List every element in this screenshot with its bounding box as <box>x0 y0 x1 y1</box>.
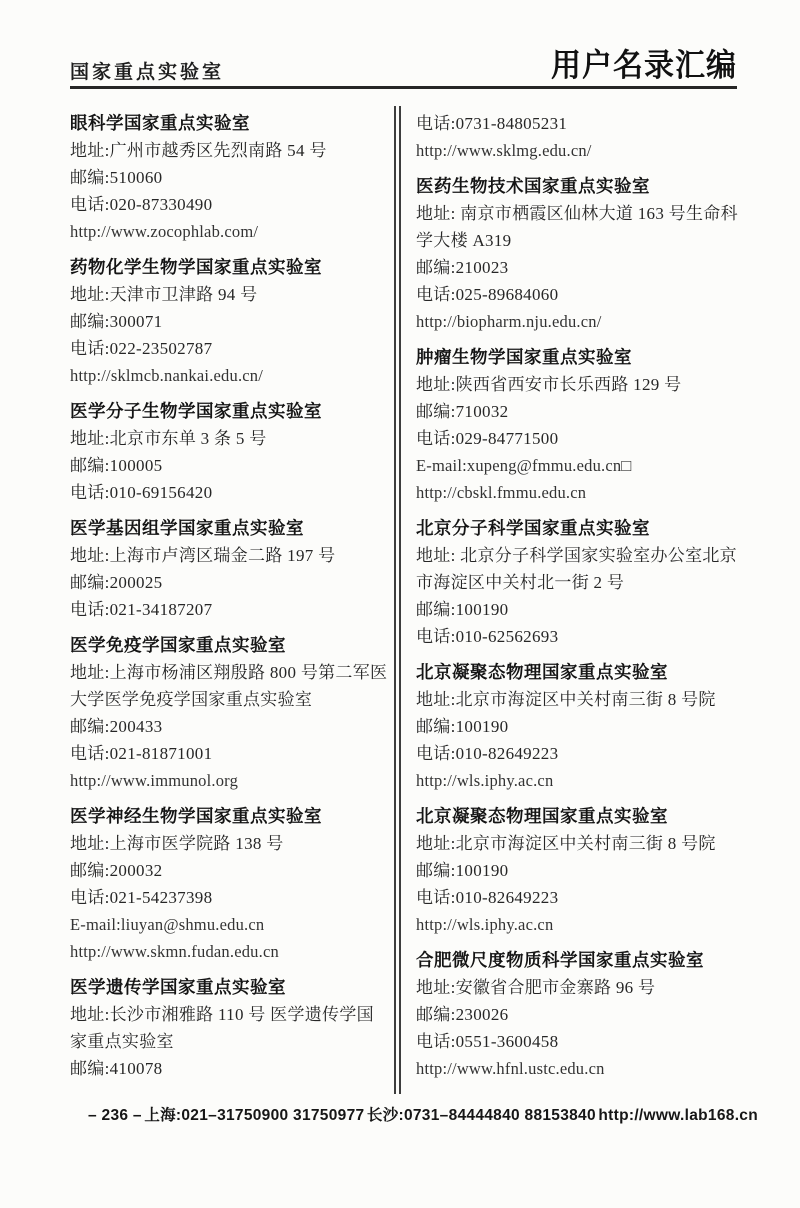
lab-url: http://cbskl.fmmu.edu.cn <box>416 479 745 506</box>
lab-url: http://www.sklmg.edu.cn/ <box>416 137 745 164</box>
lab-phone: 电话:010-82649223 <box>416 740 745 767</box>
lab-address: 地址:上海市卢湾区瑞金二路 197 号 <box>70 542 388 569</box>
lab-email: E-mail:xupeng@fmmu.edu.cn□ <box>416 452 745 479</box>
column-divider <box>394 106 401 1094</box>
lab-postcode: 邮编:100005 <box>70 452 388 479</box>
section-title: 国家重点实验室 <box>70 57 224 84</box>
lab-postcode: 邮编:200032 <box>70 857 388 884</box>
lab-address: 地址:安徽省合肥市金寨路 96 号 <box>416 974 745 1001</box>
lab-postcode: 邮编:100190 <box>416 857 745 884</box>
lab-name: 医学免疫学国家重点实验室 <box>70 632 388 659</box>
lab-phone: 电话:0731-84805231 <box>416 110 745 137</box>
right-column: 电话:0731-84805231http://www.sklmg.edu.cn/… <box>401 106 745 1094</box>
lab-address: 地址:广州市越秀区先烈南路 54 号 <box>70 137 388 164</box>
lab-entry: 肿瘤生物学国家重点实验室地址:陕西省西安市长乐西路 129 号邮编:710032… <box>416 344 745 506</box>
lab-address: 地址: 南京市栖霞区仙林大道 163 号生命科学大楼 A319 <box>416 200 745 254</box>
lab-email: E-mail:liuyan@shmu.edu.cn <box>70 911 388 938</box>
lab-name: 北京分子科学国家重点实验室 <box>416 515 745 542</box>
lab-entry: 医学神经生物学国家重点实验室地址:上海市医学院路 138 号邮编:200032电… <box>70 803 388 965</box>
lab-postcode: 邮编:300071 <box>70 308 388 335</box>
lab-url: http://wls.iphy.ac.cn <box>416 767 745 794</box>
lab-phone: 电话:020-87330490 <box>70 191 388 218</box>
publication-title: 用户名录汇编 <box>551 39 737 85</box>
lab-postcode: 邮编:510060 <box>70 164 388 191</box>
lab-entry: 北京凝聚态物理国家重点实验室地址:北京市海淀区中关村南三街 8 号院邮编:100… <box>416 659 745 794</box>
lab-address: 地址:北京市海淀区中关村南三街 8 号院 <box>416 830 745 857</box>
lab-entry: 合肥微尺度物质科学国家重点实验室地址:安徽省合肥市金寨路 96 号邮编:2300… <box>416 947 745 1082</box>
lab-address: 地址:长沙市湘雅路 110 号 医学遗传学国家重点实验室 <box>70 1001 388 1055</box>
lab-postcode: 邮编:710032 <box>416 398 745 425</box>
lab-postcode: 邮编:200433 <box>70 713 388 740</box>
lab-phone: 电话:022-23502787 <box>70 335 388 362</box>
lab-entry: 电话:0731-84805231http://www.sklmg.edu.cn/ <box>416 110 745 164</box>
lab-url: http://www.skmn.fudan.edu.cn <box>70 938 388 965</box>
lab-entry: 北京凝聚态物理国家重点实验室地址:北京市海淀区中关村南三街 8 号院邮编:100… <box>416 803 745 938</box>
lab-address: 地址:上海市杨浦区翔殷路 800 号第二军医大学医学免疫学国家重点实验室 <box>70 659 388 713</box>
lab-phone: 电话:010-82649223 <box>416 884 745 911</box>
lab-address: 地址:上海市医学院路 138 号 <box>70 830 388 857</box>
lab-url: http://www.immunol.org <box>70 767 388 794</box>
lab-name: 药物化学生物学国家重点实验室 <box>70 254 388 281</box>
lab-entry: 医学免疫学国家重点实验室地址:上海市杨浦区翔殷路 800 号第二军医大学医学免疫… <box>70 632 388 794</box>
header-divider-rule <box>70 86 737 89</box>
lab-name: 眼科学国家重点实验室 <box>70 110 388 137</box>
lab-address: 地址: 北京分子科学国家实验室办公室北京市海淀区中关村北一街 2 号 <box>416 542 745 596</box>
lab-name: 肿瘤生物学国家重点实验室 <box>416 344 745 371</box>
directory-content: 眼科学国家重点实验室地址:广州市越秀区先烈南路 54 号邮编:510060电话:… <box>70 106 745 1094</box>
lab-phone: 电话:021-54237398 <box>70 884 388 911</box>
lab-name: 医学神经生物学国家重点实验室 <box>70 803 388 830</box>
lab-address: 地址:北京市海淀区中关村南三街 8 号院 <box>416 686 745 713</box>
lab-name: 北京凝聚态物理国家重点实验室 <box>416 803 745 830</box>
lab-url: http://biopharm.nju.edu.cn/ <box>416 308 745 335</box>
lab-entry: 医药生物技术国家重点实验室地址: 南京市栖霞区仙林大道 163 号生命科学大楼 … <box>416 173 745 335</box>
lab-address: 地址:陕西省西安市长乐西路 129 号 <box>416 371 745 398</box>
lab-entry: 医学遗传学国家重点实验室地址:长沙市湘雅路 110 号 医学遗传学国家重点实验室… <box>70 974 388 1082</box>
lab-postcode: 邮编:210023 <box>416 254 745 281</box>
lab-phone: 电话:025-89684060 <box>416 281 745 308</box>
changsha-contact: 长沙:0731–84444840 88153840 <box>367 1103 596 1125</box>
lab-address: 地址:北京市东单 3 条 5 号 <box>70 425 388 452</box>
lab-postcode: 邮编:230026 <box>416 1001 745 1028</box>
lab-url: http://www.hfnl.ustc.edu.cn <box>416 1055 745 1082</box>
lab-entry: 医学基因组学国家重点实验室地址:上海市卢湾区瑞金二路 197 号邮编:20002… <box>70 515 388 623</box>
lab-entry: 医学分子生物学国家重点实验室地址:北京市东单 3 条 5 号邮编:100005电… <box>70 398 388 506</box>
directory-page: 国家重点实验室 用户名录汇编 眼科学国家重点实验室地址:广州市越秀区先烈南路 5… <box>0 0 800 1208</box>
lab-phone: 电话:010-69156420 <box>70 479 388 506</box>
lab-entry: 眼科学国家重点实验室地址:广州市越秀区先烈南路 54 号邮编:510060电话:… <box>70 110 388 245</box>
lab-address: 地址:天津市卫津路 94 号 <box>70 281 388 308</box>
page-number: – 236 – <box>88 1107 142 1125</box>
lab-name: 医学分子生物学国家重点实验室 <box>70 398 388 425</box>
shanghai-contact: 上海:021–31750900 31750977 <box>144 1103 364 1125</box>
lab-name: 医学基因组学国家重点实验室 <box>70 515 388 542</box>
lab-url: http://sklmcb.nankai.edu.cn/ <box>70 362 388 389</box>
lab-url: http://www.zocophlab.com/ <box>70 218 388 245</box>
lab-entry: 北京分子科学国家重点实验室地址: 北京分子科学国家实验室办公室北京市海淀区中关村… <box>416 515 745 650</box>
lab-name: 合肥微尺度物质科学国家重点实验室 <box>416 947 745 974</box>
footer-website: http://www.lab168.cn <box>598 1107 758 1125</box>
lab-phone: 电话:021-34187207 <box>70 596 388 623</box>
lab-postcode: 邮编:200025 <box>70 569 388 596</box>
left-column: 眼科学国家重点实验室地址:广州市越秀区先烈南路 54 号邮编:510060电话:… <box>70 106 388 1094</box>
lab-postcode: 邮编:100190 <box>416 596 745 623</box>
lab-name: 医学遗传学国家重点实验室 <box>70 974 388 1001</box>
lab-postcode: 邮编:100190 <box>416 713 745 740</box>
page-footer: – 236 – 上海:021–31750900 31750977 长沙:0731… <box>88 1103 758 1125</box>
lab-phone: 电话:021-81871001 <box>70 740 388 767</box>
page-header: 国家重点实验室 用户名录汇编 <box>70 40 737 84</box>
lab-phone: 电话:0551-3600458 <box>416 1028 745 1055</box>
lab-phone: 电话:010-62562693 <box>416 623 745 650</box>
lab-url: http://wls.iphy.ac.cn <box>416 911 745 938</box>
lab-name: 医药生物技术国家重点实验室 <box>416 173 745 200</box>
lab-entry: 药物化学生物学国家重点实验室地址:天津市卫津路 94 号邮编:300071电话:… <box>70 254 388 389</box>
lab-name: 北京凝聚态物理国家重点实验室 <box>416 659 745 686</box>
lab-phone: 电话:029-84771500 <box>416 425 745 452</box>
lab-postcode: 邮编:410078 <box>70 1055 388 1082</box>
